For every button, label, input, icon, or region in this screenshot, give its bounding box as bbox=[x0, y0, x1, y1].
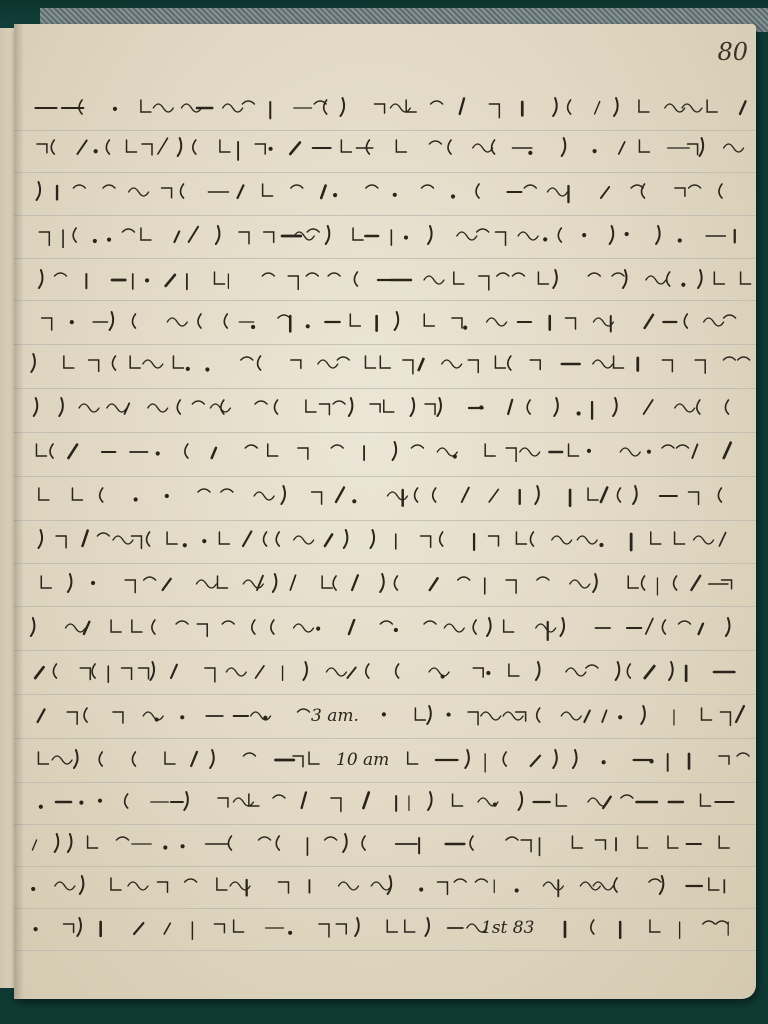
page-number: 80 bbox=[717, 38, 748, 66]
shorthand-strokes bbox=[26, 614, 756, 648]
ruled-line bbox=[14, 520, 756, 521]
shorthand-line bbox=[26, 658, 756, 692]
shorthand-strokes bbox=[26, 526, 756, 560]
longhand-date-note: 1st 83 bbox=[481, 918, 534, 938]
shorthand-line bbox=[26, 94, 756, 128]
ruled-line bbox=[14, 563, 756, 564]
notebook-page: 80 3 am.10 am1st 83 bbox=[14, 24, 756, 999]
shorthand-line bbox=[26, 788, 756, 822]
shorthand-strokes bbox=[26, 178, 756, 212]
shorthand-strokes bbox=[26, 350, 756, 384]
page-spine-shadow bbox=[14, 24, 24, 999]
ruled-line bbox=[14, 215, 756, 216]
shorthand-strokes bbox=[26, 872, 756, 906]
shorthand-line bbox=[26, 350, 756, 384]
shorthand-strokes bbox=[26, 222, 756, 256]
shorthand-line bbox=[26, 308, 756, 342]
ruled-line bbox=[14, 344, 756, 345]
ruled-line bbox=[14, 866, 756, 867]
ruled-line bbox=[14, 738, 756, 739]
shorthand-strokes bbox=[26, 94, 756, 128]
shorthand-strokes bbox=[26, 914, 756, 948]
shorthand-line bbox=[26, 614, 756, 648]
shorthand-strokes bbox=[26, 394, 756, 428]
ruled-line bbox=[14, 432, 756, 433]
ruled-line bbox=[14, 908, 756, 909]
shorthand-line bbox=[26, 526, 756, 560]
shorthand-line bbox=[26, 830, 756, 864]
longhand-time-1: 3 am. bbox=[311, 706, 359, 726]
ruled-line bbox=[14, 388, 756, 389]
shorthand-strokes bbox=[26, 788, 756, 822]
shorthand-strokes bbox=[26, 746, 756, 780]
shorthand-strokes bbox=[26, 830, 756, 864]
shorthand-line bbox=[26, 482, 756, 516]
shorthand-line bbox=[26, 266, 756, 300]
ruled-line bbox=[14, 300, 756, 301]
shorthand-line: 10 am bbox=[26, 746, 756, 780]
shorthand-strokes bbox=[26, 134, 756, 168]
ruled-line bbox=[14, 476, 756, 477]
shorthand-strokes bbox=[26, 570, 756, 604]
ruled-line bbox=[14, 650, 756, 651]
shorthand-strokes bbox=[26, 266, 756, 300]
longhand-time-2: 10 am bbox=[336, 750, 389, 770]
shorthand-strokes bbox=[26, 438, 756, 472]
shorthand-line bbox=[26, 438, 756, 472]
shorthand-line: 1st 83 bbox=[26, 914, 756, 948]
ruled-line bbox=[14, 258, 756, 259]
ruled-line bbox=[14, 950, 756, 951]
ruled-line bbox=[14, 172, 756, 173]
ruled-line bbox=[14, 694, 756, 695]
shorthand-strokes bbox=[26, 308, 756, 342]
shorthand-line bbox=[26, 178, 756, 212]
shorthand-strokes bbox=[26, 482, 756, 516]
shorthand-line: 3 am. bbox=[26, 702, 756, 736]
ruled-line bbox=[14, 824, 756, 825]
ruled-line bbox=[14, 782, 756, 783]
shorthand-line bbox=[26, 222, 756, 256]
ruled-line bbox=[14, 130, 756, 131]
shorthand-line bbox=[26, 570, 756, 604]
ruled-line bbox=[14, 606, 756, 607]
shorthand-line bbox=[26, 394, 756, 428]
shorthand-strokes bbox=[26, 658, 756, 692]
shorthand-strokes bbox=[26, 702, 756, 736]
shorthand-line bbox=[26, 134, 756, 168]
shorthand-line bbox=[26, 872, 756, 906]
